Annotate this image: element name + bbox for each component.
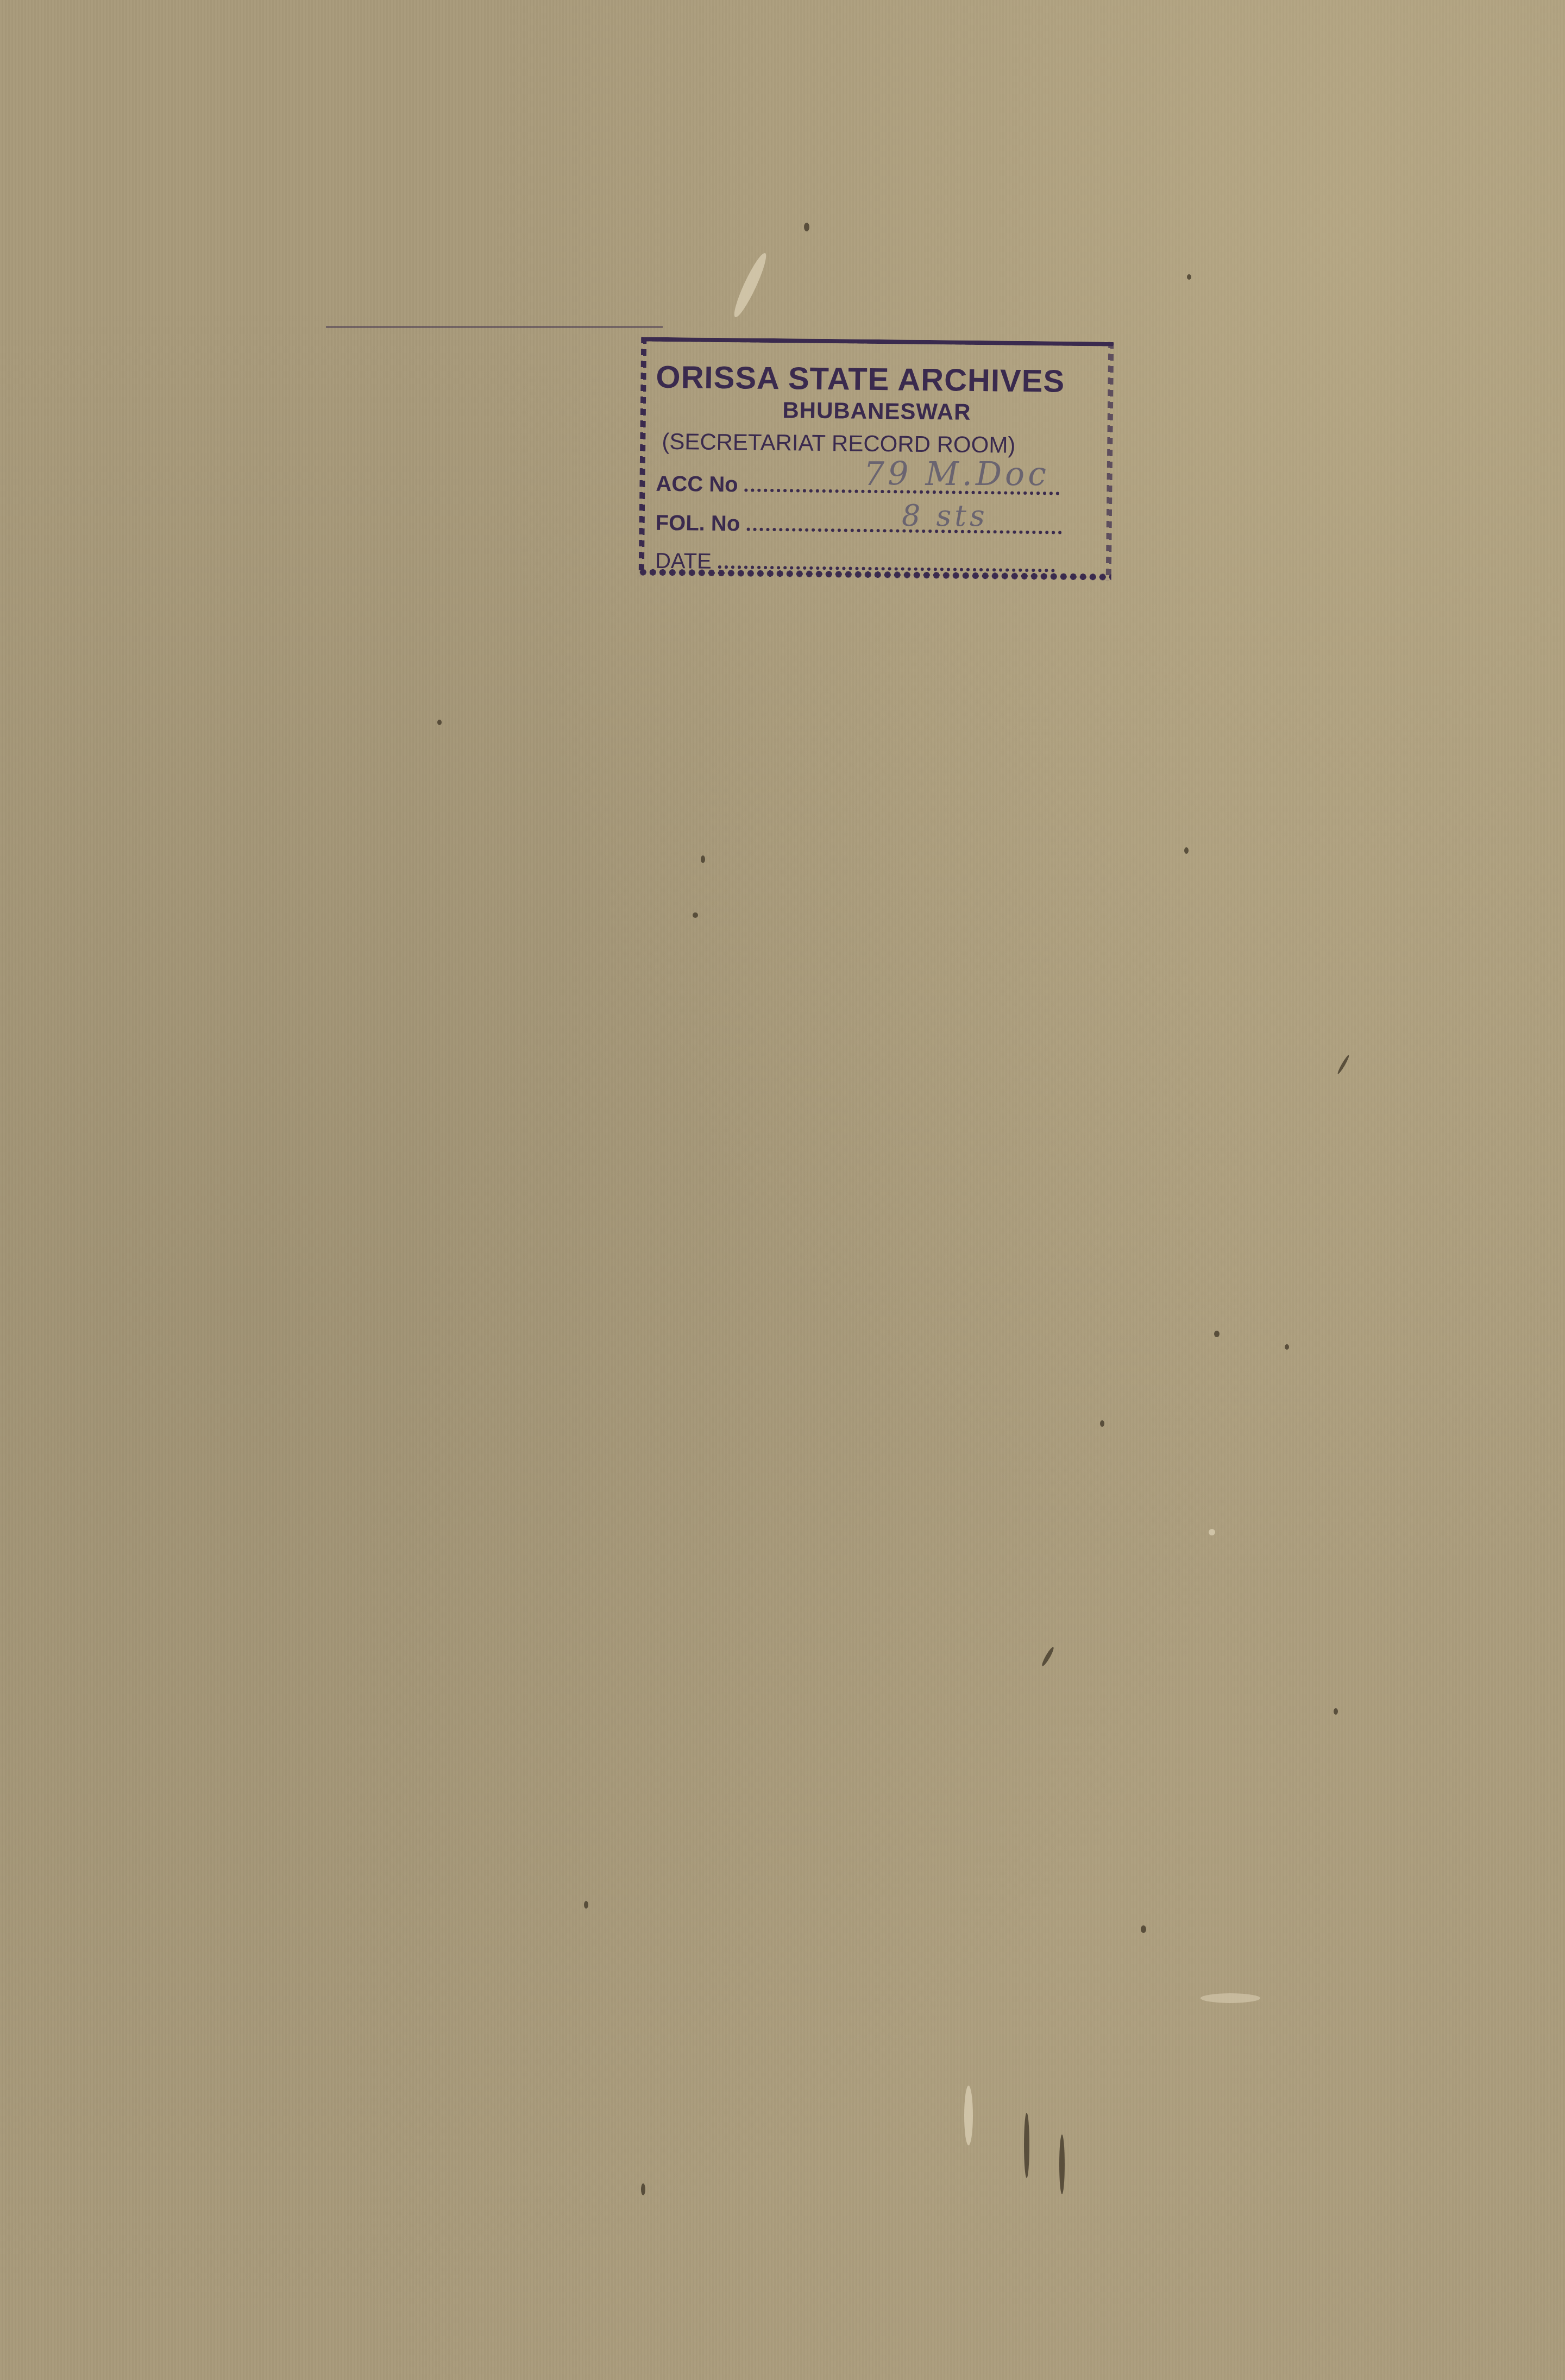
paper-speck — [693, 912, 698, 918]
date-field: DATE — [655, 549, 1055, 578]
paper-speck — [1285, 1344, 1289, 1350]
paper-speck — [1184, 847, 1189, 854]
acc-no-value: 79 M.Doc — [864, 455, 1049, 493]
fol-no-label: FOL. No — [656, 511, 740, 536]
stamp-border-left — [639, 337, 647, 576]
paper-speck — [1100, 1420, 1104, 1427]
stamp-department: (SECRETARIAT RECORD ROOM) — [662, 429, 1015, 458]
paper-tear-mark — [1059, 2135, 1065, 2194]
document-page: ORISSA STATE ARCHIVES BHUBANESWAR (SECRE… — [0, 0, 1565, 2380]
paper-tear-mark — [964, 2086, 973, 2145]
acc-no-label: ACC No — [656, 472, 738, 497]
paper-speck — [701, 855, 705, 863]
paper-speck — [1334, 1708, 1338, 1715]
paper-speck — [437, 720, 442, 725]
paper-speck — [641, 2183, 645, 2195]
stamp-border-right — [1106, 342, 1114, 581]
paper-speck — [804, 223, 809, 231]
stamp-title: ORISSA STATE ARCHIVES — [656, 359, 1065, 400]
paper-speck — [1209, 1529, 1215, 1535]
paper-tear-mark — [730, 250, 771, 319]
date-label: DATE — [655, 549, 712, 574]
paper-speck — [1041, 1646, 1055, 1667]
paper-speck — [1336, 1054, 1350, 1075]
paper-speck — [1187, 274, 1191, 280]
paper-speck — [1141, 1925, 1146, 1933]
paper-tear-mark — [1201, 1993, 1260, 2003]
fol-no-value: 8 sts — [902, 499, 988, 533]
paper-speck — [584, 1901, 588, 1909]
dotted-line — [718, 560, 1055, 572]
paper-tear-mark — [1024, 2113, 1029, 2178]
ink-smudge-line — [326, 326, 663, 328]
stamp-border-top — [641, 337, 1114, 346]
stamp-city: BHUBANESWAR — [640, 395, 1113, 426]
paper-speck — [1214, 1331, 1220, 1337]
fol-no-field: FOL. No — [656, 511, 1062, 540]
